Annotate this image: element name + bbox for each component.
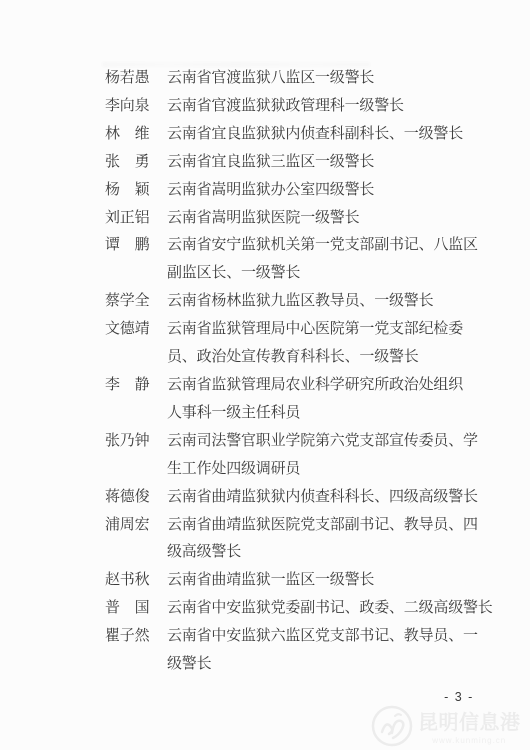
person-name: 张 勇 [105, 148, 151, 176]
kunming-logo-icon [371, 702, 413, 748]
list-item: 文德靖 云南省监狱管理局中心医院第一党支部纪检委 员、政治处宣传教育科科长、一级… [105, 315, 510, 371]
person-position: 云南省曲靖监狱狱内侦查科科长、四级高级警长 [167, 483, 503, 511]
list-item: 蔡学全 云南省杨林监狱九监区教导员、一级警长 [105, 287, 510, 315]
person-name: 张乃钟 [105, 427, 151, 455]
person-name: 普 国 [105, 594, 151, 622]
list-item: 张 勇 云南省宜良监狱三监区一级警长 [105, 148, 510, 176]
person-position: 云南省监狱管理局农业科学研究所政治处组织 人事科一级主任科员 [167, 371, 503, 427]
person-position: 云南省官渡监狱狱政管理科一级警长 [167, 92, 503, 120]
list-item: 杨若愚 云南省官渡监狱八监区一级警长 [105, 64, 510, 92]
person-position: 云南省监狱管理局中心医院第一党支部纪检委 员、政治处宣传教育科科长、一级警长 [167, 315, 503, 371]
list-item: 赵书秋 云南省曲靖监狱一监区一级警长 [105, 566, 510, 594]
list-item: 谭 鹏 云南省安宁监狱机关第一党支部副书记、八监区 副监区长、一级警长 [105, 231, 510, 287]
person-position: 云南省宜良监狱狱内侦查科副科长、一级警长 [167, 120, 503, 148]
list-item: 普 国 云南省中安监狱党委副书记、政委、二级高级警长 [105, 594, 510, 622]
person-position: 云南司法警官职业学院第六党支部宣传委员、学 生工作处四级调研员 [167, 427, 503, 483]
watermark: 昆明信息港 www.kunming.cn [371, 702, 521, 748]
person-position: 云南省官渡监狱八监区一级警长 [167, 64, 503, 92]
person-name: 杨 颖 [105, 176, 151, 204]
watermark-brand: 昆明信息港 [418, 706, 521, 735]
person-position: 云南省中安监狱六监区党支部书记、教导员、一 级警长 [167, 622, 503, 678]
list-item: 杨 颖 云南省嵩明监狱办公室四级警长 [105, 176, 510, 204]
person-position: 云南省安宁监狱机关第一党支部副书记、八监区 副监区长、一级警长 [167, 231, 503, 287]
page-number: - 3 - [436, 690, 482, 704]
watermark-url: www.kunming.cn [432, 736, 506, 745]
list-item: 林 维 云南省宜良监狱狱内侦查科副科长、一级警长 [105, 120, 510, 148]
person-position: 云南省曲靖监狱一监区一级警长 [167, 566, 503, 594]
person-name: 刘正铝 [105, 204, 151, 232]
person-name: 林 维 [105, 120, 151, 148]
person-position: 云南省中安监狱党委副书记、政委、二级高级警长 [167, 594, 503, 622]
person-name: 文德靖 [105, 315, 151, 343]
person-name: 杨若愚 [105, 64, 151, 92]
appointments-list: 杨若愚 云南省官渡监狱八监区一级警长 李向泉 云南省官渡监狱狱政管理科一级警长 … [105, 64, 510, 678]
list-item: 瞿子然 云南省中安监狱六监区党支部书记、教导员、一 级警长 [105, 622, 510, 678]
person-name: 李向泉 [105, 92, 151, 120]
list-item: 浦周宏 云南省曲靖监狱医院党支部副书记、教导员、四 级高级警长 [105, 511, 510, 567]
list-item: 张乃钟 云南司法警官职业学院第六党支部宣传委员、学 生工作处四级调研员 [105, 427, 510, 483]
person-name: 浦周宏 [105, 511, 151, 539]
list-item: 刘正铝 云南省嵩明监狱医院一级警长 [105, 204, 510, 232]
person-name: 蔡学全 [105, 287, 151, 315]
person-name: 赵书秋 [105, 566, 151, 594]
list-item: 李向泉 云南省官渡监狱狱政管理科一级警长 [105, 92, 510, 120]
person-name: 瞿子然 [105, 622, 151, 650]
list-item: 李 静 云南省监狱管理局农业科学研究所政治处组织 人事科一级主任科员 [105, 371, 510, 427]
person-position: 云南省嵩明监狱医院一级警长 [167, 204, 503, 232]
list-item: 蒋德俊 云南省曲靖监狱狱内侦查科科长、四级高级警长 [105, 483, 510, 511]
person-position: 云南省杨林监狱九监区教导员、一级警长 [167, 287, 503, 315]
person-position: 云南省曲靖监狱医院党支部副书记、教导员、四 级高级警长 [167, 511, 503, 567]
person-name: 蒋德俊 [105, 483, 151, 511]
person-name: 李 静 [105, 371, 151, 399]
person-name: 谭 鹏 [105, 231, 151, 259]
person-position: 云南省嵩明监狱办公室四级警长 [167, 176, 503, 204]
person-position: 云南省宜良监狱三监区一级警长 [167, 148, 503, 176]
